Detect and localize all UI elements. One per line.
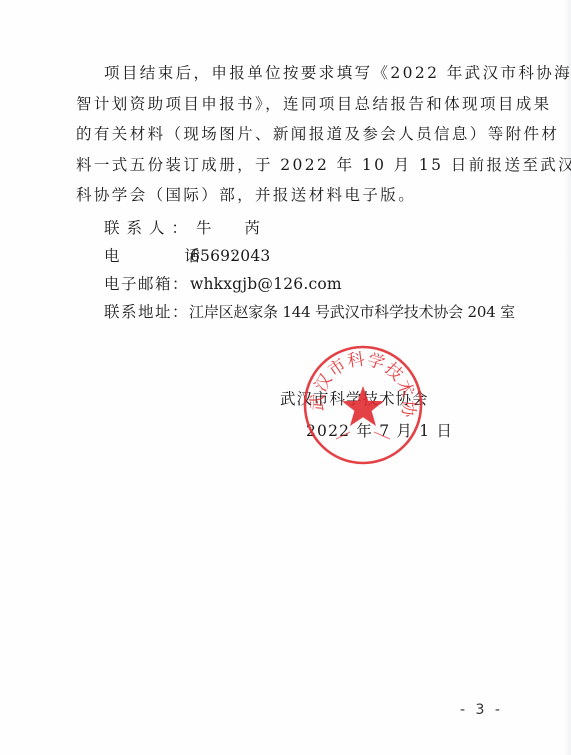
email-value: whkxgjb@126.com — [190, 270, 342, 298]
email-row: 电子邮箱： whkxgjb@126.com — [104, 270, 504, 298]
phone-value: 65692043 — [190, 242, 271, 270]
signature-date: 2022 年 7 月 1 日 — [280, 415, 453, 447]
email-label: 电子邮箱： — [104, 270, 190, 298]
body-line: 智计划资助项目申报书》，连同项目总结报告和体现项目成果 — [76, 89, 496, 120]
body-line: 的有关材料（现场图片、新闻报道及参会人员信息）等附件材 — [76, 119, 496, 150]
document-page: 项目结束后，申报单位按要求填写《2022 年武汉市科协海 智计划资助项目申报书》… — [0, 0, 571, 755]
body-line: 料一式五份装订成册，于 2022 年 10 月 15 日前报送至武汉市 — [76, 150, 496, 181]
page-number: - 3 - — [460, 702, 503, 718]
page-edge-shadow — [563, 0, 571, 755]
address-label: 联系地址： — [104, 298, 189, 326]
body-line: 项目结束后，申报单位按要求填写《2022 年武汉市科协海 — [104, 58, 496, 89]
contact-person-value: 牛 芮 — [190, 214, 274, 242]
body-line: 科协学会（国际）部，并报送材料电子版。 — [76, 180, 496, 211]
body-paragraph: 项目结束后，申报单位按要求填写《2022 年武汉市科协海 智计划资助项目申报书》… — [104, 58, 496, 211]
address-value: 江岸区赵家条 144 号武汉市科学技术协会 204 室 — [189, 298, 515, 326]
contact-person-label: 联系人： — [104, 214, 190, 242]
phone-label: 电 话： — [104, 242, 190, 270]
phone-row: 电 话： 65692043 — [104, 242, 504, 270]
signature-organization: 武汉市科学技术协会 — [280, 383, 453, 415]
contact-info: 联系人： 牛 芮 电 话： 65692043 电子邮箱： whkxgjb@126… — [104, 214, 504, 326]
signature-block: 武汉市科学技术协会 2022 年 7 月 1 日 — [280, 383, 453, 447]
address-row: 联系地址： 江岸区赵家条 144 号武汉市科学技术协会 204 室 — [104, 298, 504, 326]
contact-person-row: 联系人： 牛 芮 — [104, 214, 504, 242]
